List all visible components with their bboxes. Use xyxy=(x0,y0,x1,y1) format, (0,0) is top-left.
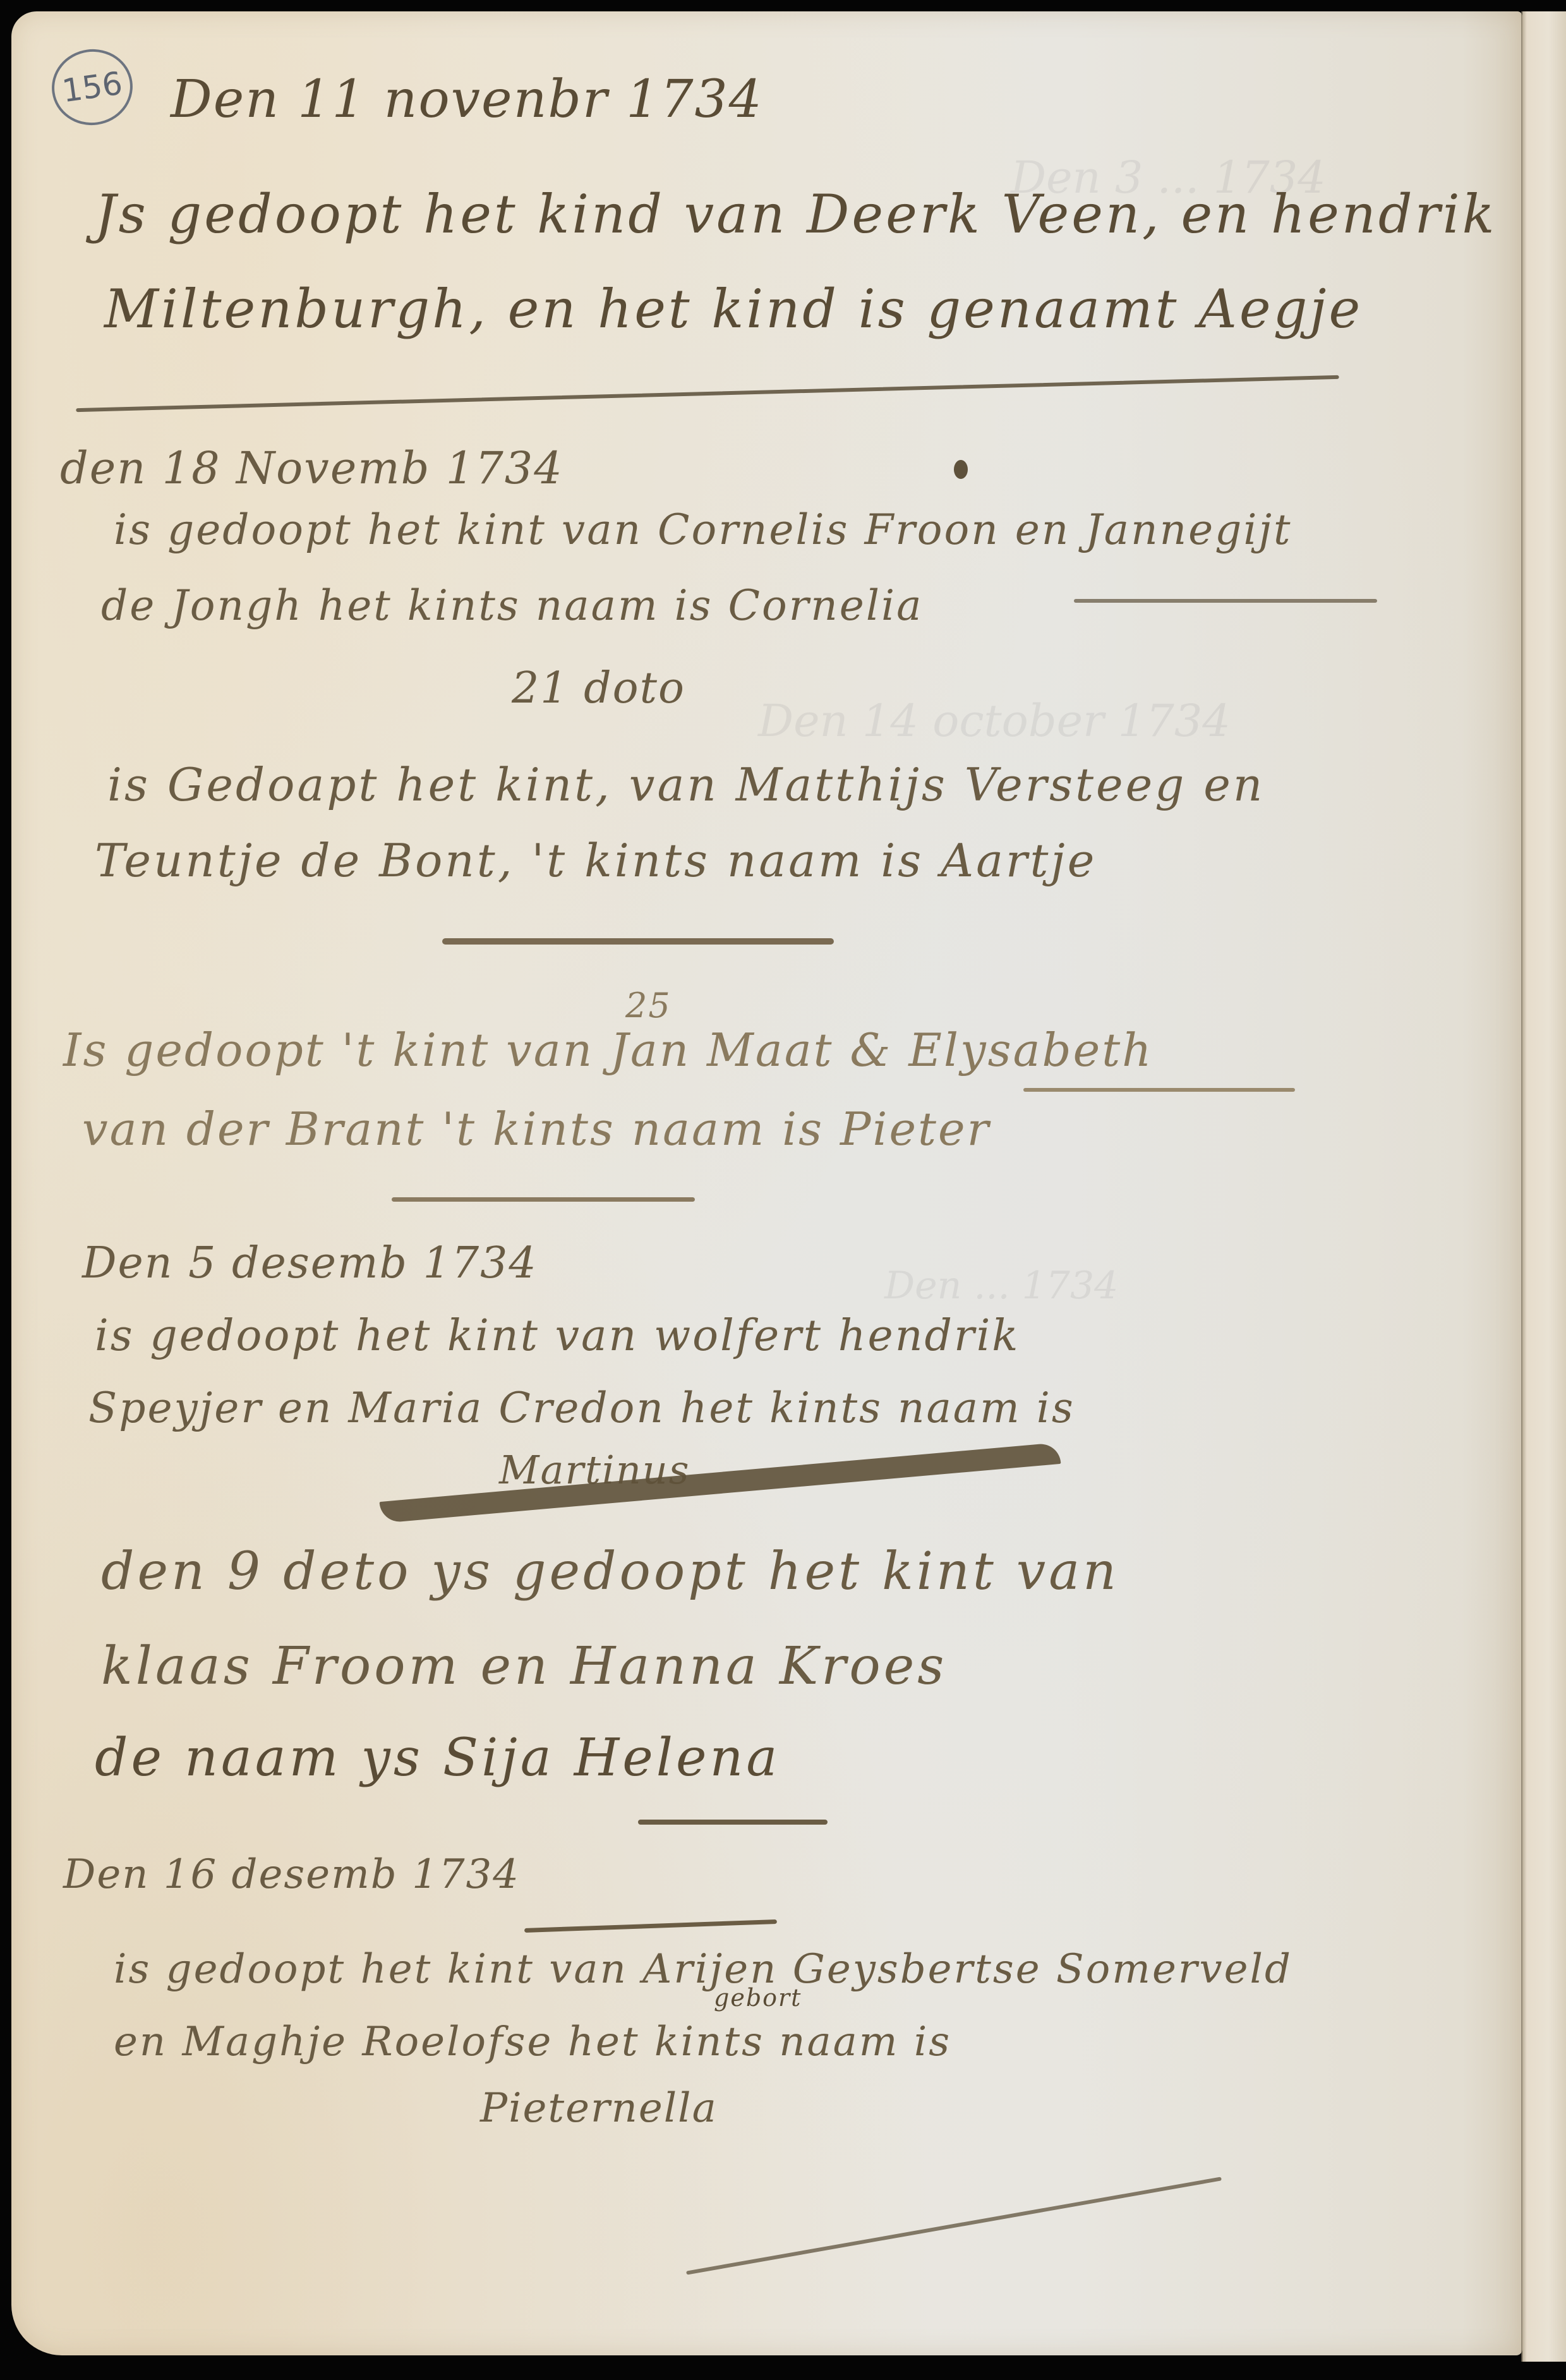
show-through-text: Den ... 1734 xyxy=(884,1264,1118,1308)
entry-6-line-1: den 9 deto ys gedoopt het kint van xyxy=(101,1542,1119,1602)
ink-blot xyxy=(954,460,968,479)
entry-4-date: 25 xyxy=(625,986,672,1025)
entry-4-line-1: Is gedoopt 't kint van Jan Maat & Elysab… xyxy=(63,1024,1153,1077)
show-through-text: Den 14 october 1734 xyxy=(758,695,1231,747)
entry-7-date: Den 16 desemb 1734 xyxy=(63,1851,520,1898)
entry-separator xyxy=(638,1820,828,1825)
facing-page-edge xyxy=(1522,11,1566,2362)
entry-separator xyxy=(392,1197,695,1202)
entry-separator xyxy=(1074,599,1377,603)
entry-5-date: Den 5 desemb 1734 xyxy=(82,1238,538,1288)
entry-7-interlinear-insertion: gebort xyxy=(714,1984,802,2012)
entry-7-line-1: is gedoopt het kint van Arijen Geysberts… xyxy=(114,1946,1292,1993)
entry-6-line-3: de naam ys Sija Helena xyxy=(95,1728,780,1788)
entry-5-line-1: is gedoopt het kint van wolfert hendrik xyxy=(95,1311,1020,1361)
entry-7-line-3: Pieternella xyxy=(480,2085,718,2132)
entry-3-date: 21 doto xyxy=(512,663,685,713)
entry-3-line-2: Teuntje de Bont, 't kints naam is Aartje xyxy=(95,834,1097,887)
entry-separator xyxy=(442,938,834,945)
entry-7-line-2: en Maghje Roelofse het kints naam is xyxy=(114,2019,951,2065)
entry-underline xyxy=(1023,1088,1295,1092)
entry-5-line-2: Speyjer en Maria Credon het kints naam i… xyxy=(88,1384,1075,1432)
entry-2-line-2: de Jongh het kints naam is Cornelia xyxy=(101,581,923,630)
entry-6-line-2: klaas Froom en Hanna Kroes xyxy=(101,1636,947,1696)
entry-2-line-1: is gedoopt het kint van Cornelis Froon e… xyxy=(114,505,1292,554)
entry-4-line-2: van der Brant 't kints naam is Pieter xyxy=(82,1102,991,1156)
entry-1-line-1: Js gedoopt het kind van Deerk Veen, en h… xyxy=(95,183,1497,245)
entry-1-line-2: Miltenburgh, en het kind is genaamt Aegj… xyxy=(104,278,1363,340)
entry-1-date: Den 11 novenbr 1734 xyxy=(171,69,763,130)
entry-2-date: den 18 Novemb 1734 xyxy=(60,442,563,494)
entry-3-line-1: is Gedoapt het kint, van Matthijs Verste… xyxy=(107,758,1265,811)
